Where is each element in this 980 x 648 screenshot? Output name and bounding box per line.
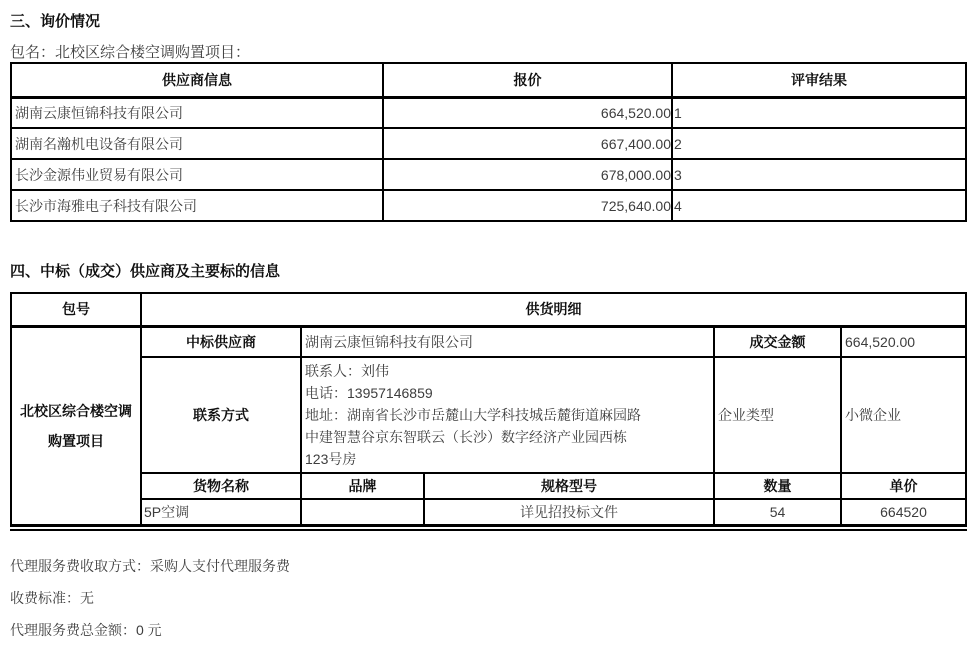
- price-cell: 667,400.00: [383, 128, 672, 159]
- contact-address-line-1: 地址：湖南省长沙市岳麓山大学科技城岳麓街道麻园路: [305, 404, 711, 426]
- contact-address-line-3: 123号房: [305, 448, 711, 470]
- price-cell: 664,520.00: [383, 97, 672, 128]
- package-name-line: 包名：北校区综合楼空调购置项目：: [10, 41, 250, 62]
- goods-brand-cell: [301, 499, 424, 525]
- supply-detail-header-cell: 供货明细: [141, 293, 966, 326]
- goods-header-brand: 品牌: [301, 473, 424, 499]
- quote-header-result: 评审结果: [672, 63, 966, 97]
- quote-row: 湖南名瀚机电设备有限公司 667,400.00 2: [11, 128, 966, 159]
- goods-header-quantity: 数量: [714, 473, 841, 499]
- goods-data-row: 5P空调 详见招投标文件 54 664520: [11, 499, 966, 525]
- package-name-cell: 北校区综合楼空调购置项目: [11, 326, 141, 525]
- winner-row: 北校区综合楼空调购置项目 中标供应商 湖南云康恒锦科技有限公司 成交金额 664…: [11, 326, 966, 357]
- result-cell: 3: [672, 159, 966, 190]
- goods-quantity-cell: 54: [714, 499, 841, 525]
- section-award-title: 四、中标（成交）供应商及主要标的信息: [10, 260, 280, 281]
- goods-header-name: 货物名称: [141, 473, 301, 499]
- quote-table: 供应商信息 报价 评审结果 湖南云康恒锦科技有限公司 664,520.00 1 …: [10, 62, 967, 222]
- award-table-wrap: 包号 供货明细 北校区综合楼空调购置项目 中标供应商 湖南云康恒锦科技有限公司 …: [10, 292, 967, 531]
- contact-person-line: 联系人：刘伟: [305, 360, 711, 382]
- section-inquiry-title: 三、询价情况: [10, 10, 100, 31]
- amount-label-cell: 成交金额: [714, 326, 841, 357]
- price-cell: 678,000.00: [383, 159, 672, 190]
- award-header-row: 包号 供货明细: [11, 293, 966, 326]
- goods-header-unit-price: 单价: [841, 473, 966, 499]
- quote-row: 长沙市海雅电子科技有限公司 725,640.00 4: [11, 190, 966, 221]
- enterprise-type-label-cell: 企业类型: [714, 357, 841, 473]
- quote-table-header-row: 供应商信息 报价 评审结果: [11, 63, 966, 97]
- quote-row: 长沙金源伟业贸易有限公司 678,000.00 3: [11, 159, 966, 190]
- quote-header-supplier: 供应商信息: [11, 63, 383, 97]
- goods-name-cell: 5P空调: [141, 499, 301, 525]
- contact-phone-line: 电话：13957146859: [305, 382, 711, 404]
- package-no-header-cell: 包号: [11, 293, 141, 326]
- enterprise-type-value-cell: 小微企业: [841, 357, 966, 473]
- contact-label-cell: 联系方式: [141, 357, 301, 473]
- quote-header-price: 报价: [383, 63, 672, 97]
- goods-unit-price-cell: 664520: [841, 499, 966, 525]
- result-cell: 1: [672, 97, 966, 128]
- package-name-text: 北校区综合楼空调购置项目: [17, 396, 135, 456]
- contact-address-line-2: 中建智慧谷京东智联云（长沙）数字经济产业园西栋: [305, 426, 711, 448]
- agency-fee-method-line: 代理服务费收取方式：采购人支付代理服务费: [10, 556, 290, 576]
- amount-value-cell: 664,520.00: [841, 326, 966, 357]
- result-cell: 4: [672, 190, 966, 221]
- supplier-name-cell: 湖南名瀚机电设备有限公司: [11, 128, 383, 159]
- fee-standard-line: 收费标准：无: [10, 588, 94, 608]
- announcement-page: 三、询价情况 包名：北校区综合楼空调购置项目： 供应商信息 报价 评审结果 湖南…: [0, 0, 980, 648]
- contact-row: 联系方式 联系人：刘伟 电话：13957146859 地址：湖南省长沙市岳麓山大…: [11, 357, 966, 473]
- goods-header-row: 货物名称 品牌 规格型号 数量 单价: [11, 473, 966, 499]
- winner-label-cell: 中标供应商: [141, 326, 301, 357]
- quote-row: 湖南云康恒锦科技有限公司 664,520.00 1: [11, 97, 966, 128]
- supplier-name-cell: 长沙金源伟业贸易有限公司: [11, 159, 383, 190]
- goods-spec-cell: 详见招投标文件: [424, 499, 714, 525]
- contact-info-cell: 联系人：刘伟 电话：13957146859 地址：湖南省长沙市岳麓山大学科技城岳…: [301, 357, 714, 473]
- winner-name-cell: 湖南云康恒锦科技有限公司: [301, 326, 714, 357]
- goods-header-spec: 规格型号: [424, 473, 714, 499]
- supplier-name-cell: 湖南云康恒锦科技有限公司: [11, 97, 383, 128]
- award-table: 包号 供货明细 北校区综合楼空调购置项目 中标供应商 湖南云康恒锦科技有限公司 …: [10, 292, 967, 527]
- price-cell: 725,640.00: [383, 190, 672, 221]
- result-cell: 2: [672, 128, 966, 159]
- supplier-name-cell: 长沙市海雅电子科技有限公司: [11, 190, 383, 221]
- agency-fee-total-line: 代理服务费总金额：0 元: [10, 620, 162, 640]
